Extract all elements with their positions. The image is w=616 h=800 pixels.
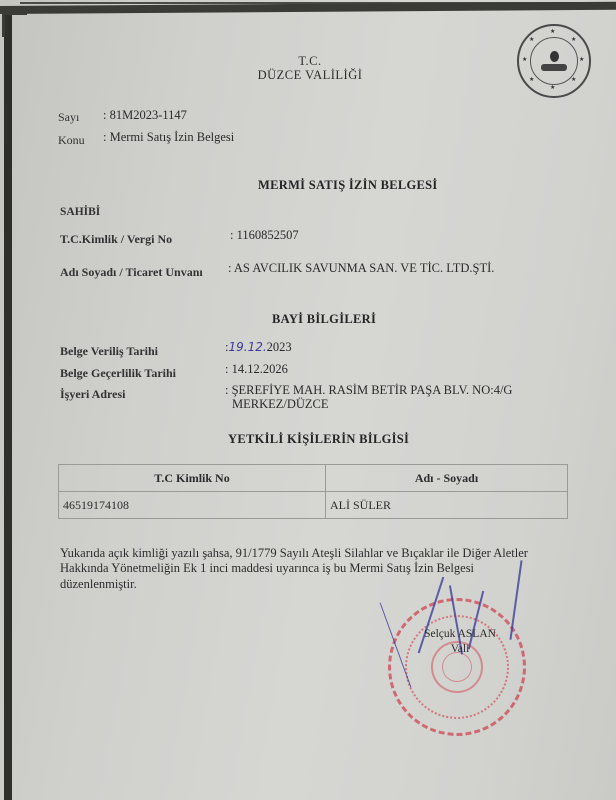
issue-date-label: Belge Veriliş Tarihi [60, 344, 158, 359]
document-page: ★ ★ ★ ★ ★ ★ ★ ★ T.C. DÜZCE VALİLİĞİ Sayı… [0, 0, 616, 800]
ataturk-silhouette-icon [550, 51, 559, 62]
subject-value: : Mermi Satış İzin Belgesi [103, 130, 234, 145]
column-header-id: T.C Kimlik No [59, 465, 326, 492]
frame-border-left [4, 14, 12, 800]
cell-id: 46519174108 [59, 492, 326, 519]
stamp-center-ring [440, 650, 474, 684]
authorized-section-title: YETKİLİ KİŞİLERİN BİLGİSİ [228, 432, 409, 447]
header-tc: T.C. [230, 54, 390, 69]
address-line2: MERKEZ/DÜZCE [232, 397, 329, 412]
document-title: MERMİ SATIŞ İZİN BELGESİ [258, 178, 438, 193]
validity-date-value: : 14.12.2026 [225, 362, 288, 377]
owner-name-value: : AS AVCILIK SAVUNMA SAN. VE TİC. LTD.ŞT… [228, 261, 494, 276]
statement-line1: Yukarıda açık kimliği yazılı şahsa, 91/1… [60, 546, 528, 562]
statement-line3: düzenlenmiştir. [60, 577, 137, 593]
issue-date-year: 2023 [267, 340, 292, 354]
header-governorship: DÜZCE VALİLİĞİ [230, 68, 390, 83]
turkey-map-icon [541, 64, 567, 71]
signer-name: Selçuk ASLAN [405, 628, 515, 640]
frame-corner-ornament [2, 12, 27, 37]
cell-name: ALİ SÜLER [326, 492, 568, 519]
column-header-name: Adı - Soyadı [326, 465, 568, 492]
issue-date-handwritten: 19.12. [228, 340, 266, 354]
subject-label: Konu [58, 133, 85, 148]
signer-title: Vali [405, 643, 515, 655]
address-label: İşyeri Adresi [60, 387, 125, 402]
table-row: 46519174108 ALİ SÜLER [59, 492, 568, 519]
validity-date-label: Belge Geçerlilik Tarihi [60, 366, 176, 381]
owner-id-label: T.C.Kimlik / Vergi No [60, 232, 172, 247]
authorized-persons-table: T.C Kimlik No Adı - Soyadı 46519174108 A… [58, 464, 568, 519]
issue-date-value: :19.12.2023 [225, 340, 292, 355]
dealer-section-title: BAYİ BİLGİLERİ [272, 312, 376, 327]
reference-number-value: : 81M2023-1147 [103, 108, 187, 123]
owner-id-value: : 1160852507 [230, 228, 299, 243]
owner-name-label: Adı Soyadı / Ticaret Unvanı [60, 265, 203, 280]
government-seal-icon: ★ ★ ★ ★ ★ ★ ★ ★ [517, 24, 591, 98]
address-line1: : ŞEREFİYE MAH. RASİM BETİR PAŞA BLV. NO… [225, 383, 512, 398]
owner-section-label: SAHİBİ [60, 206, 100, 218]
table-header-row: T.C Kimlik No Adı - Soyadı [59, 465, 568, 492]
reference-number-label: Sayı [58, 110, 79, 125]
statement-line2: Hakkında Yönetmeliğin Ek 1 inci maddesi … [60, 561, 474, 577]
